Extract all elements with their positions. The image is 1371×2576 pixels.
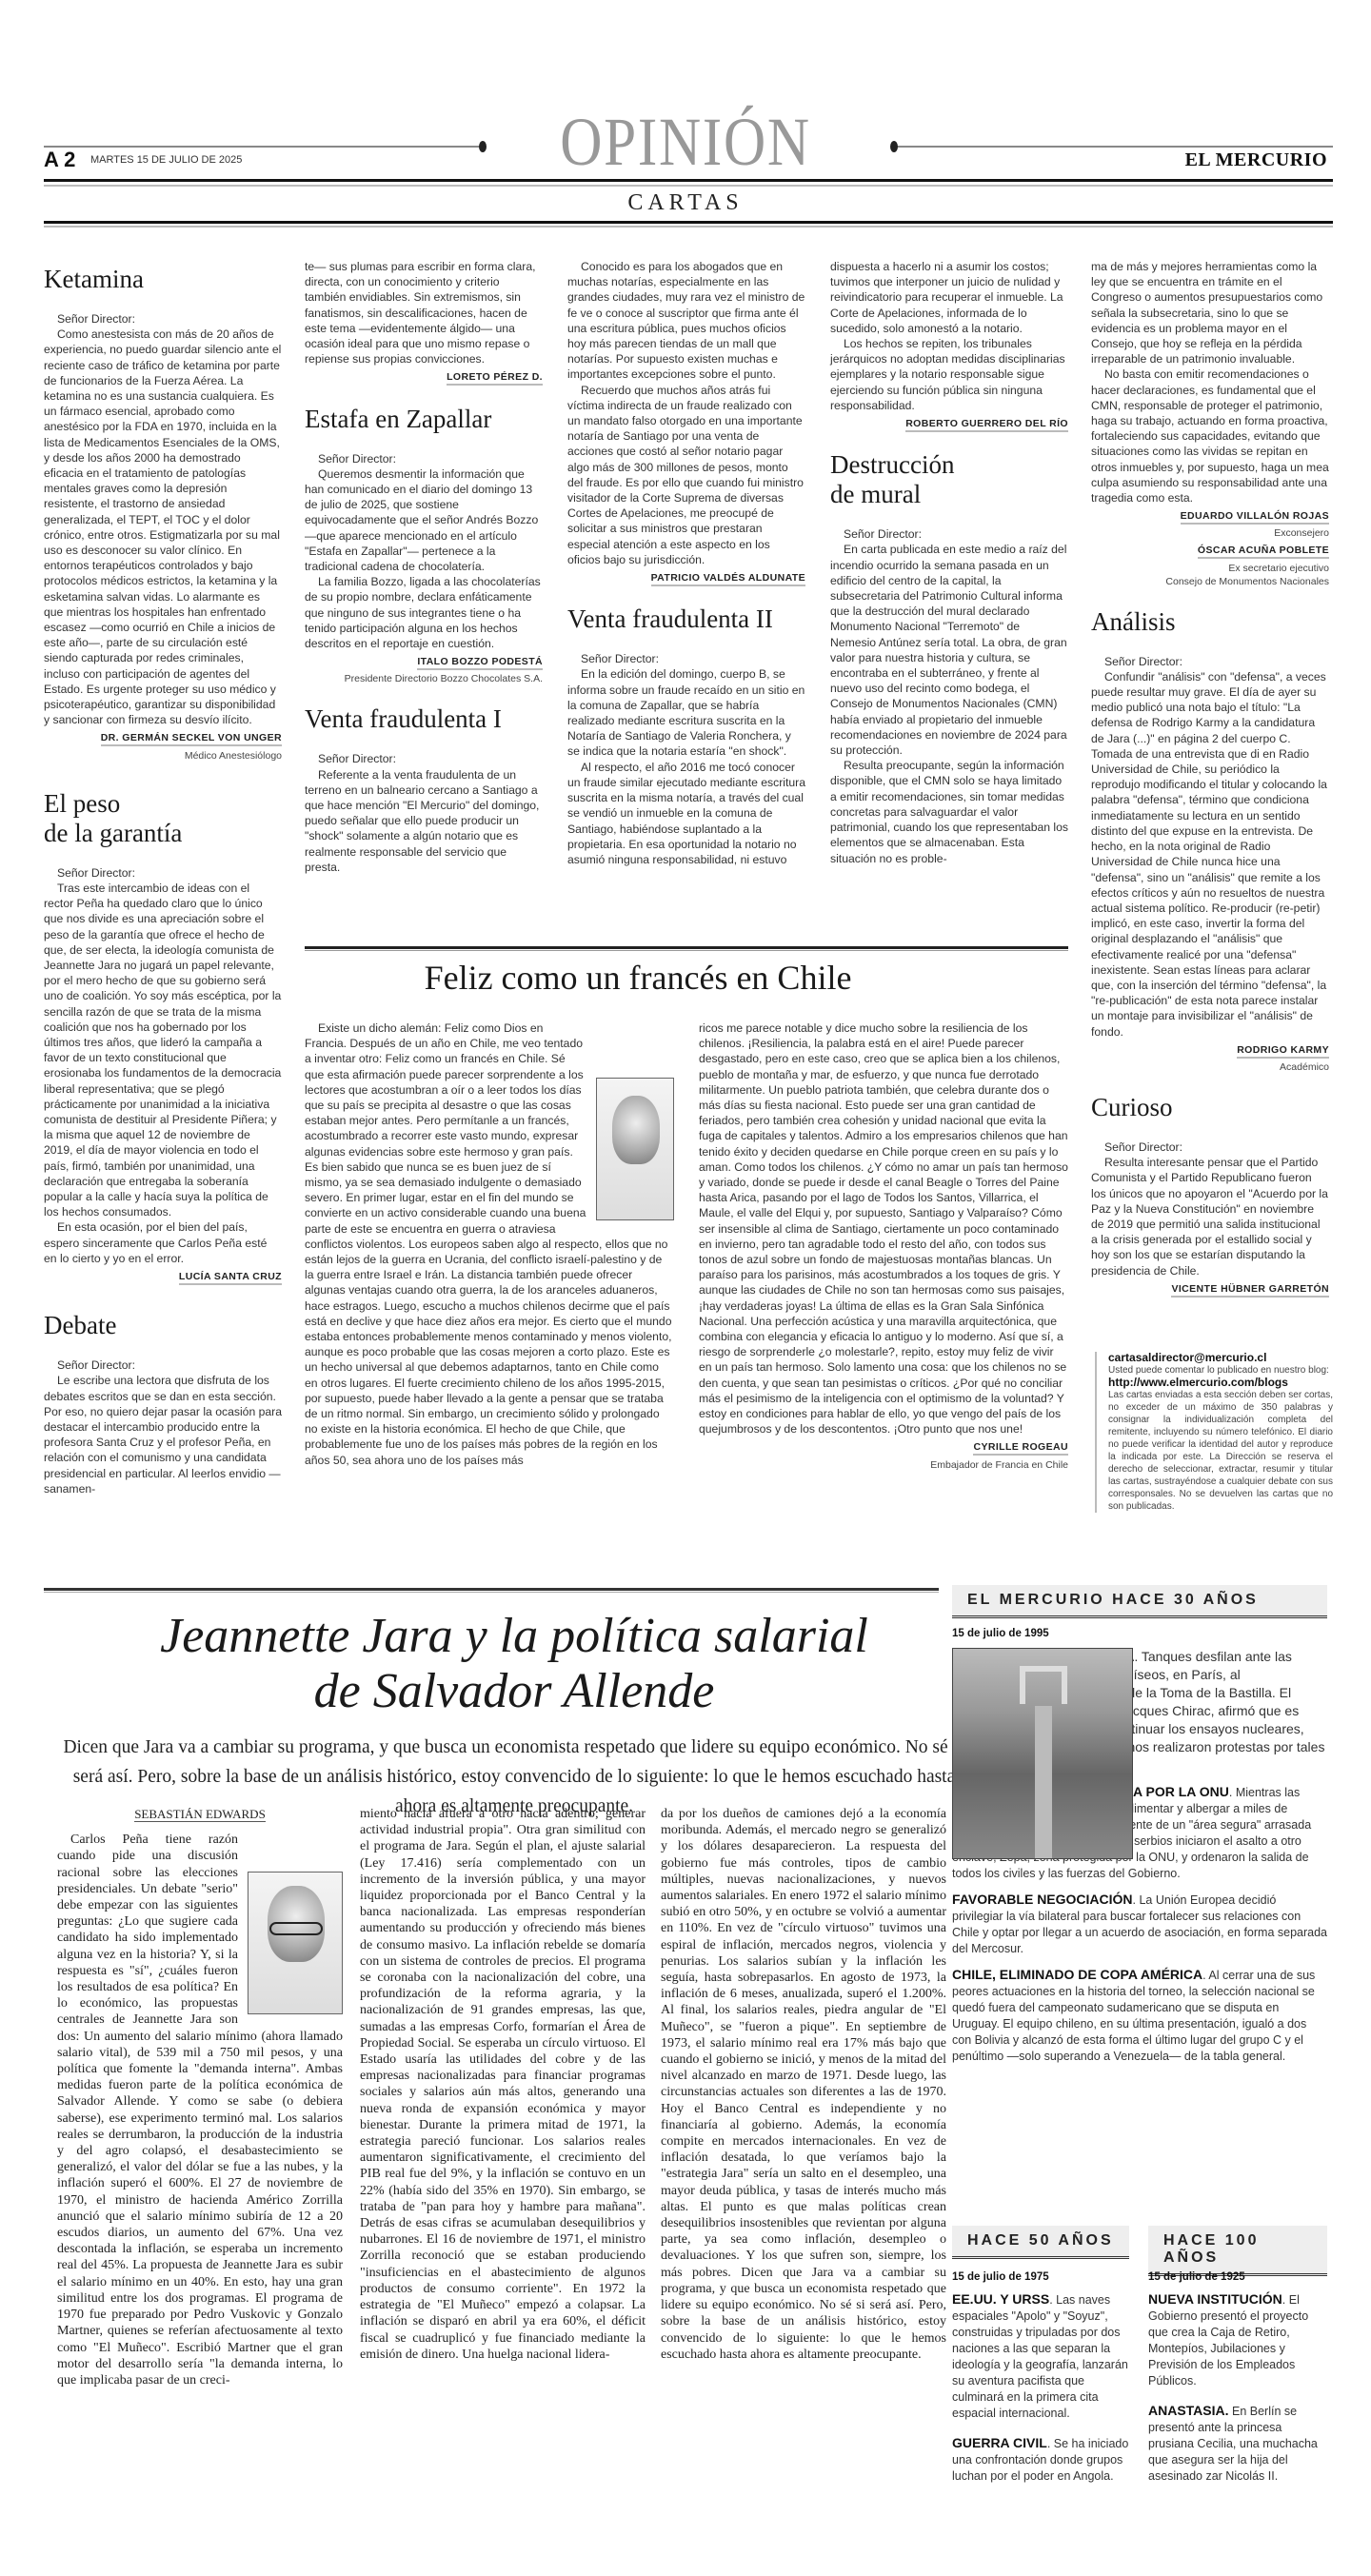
hace100-item: NUEVA INSTITUCIÓN. El Gobierno presentó … bbox=[1148, 2291, 1327, 2389]
author-byline: SEBASTIÁN EDWARDS bbox=[134, 1807, 266, 1822]
letter-body: En esta ocasión, por el bien del país, e… bbox=[44, 1219, 282, 1266]
letter-signature: PATRICIO VALDÉS ALDUNATE bbox=[567, 570, 805, 585]
letter-title: Estafa en Zapallar bbox=[305, 405, 543, 434]
ambassador-portrait bbox=[596, 1078, 674, 1220]
hace50-section: 15 de julio de 1975 EE.UU. Y URSS. Las n… bbox=[952, 2269, 1129, 2485]
letter-salutation: Señor Director: bbox=[567, 651, 805, 666]
feature-title: Feliz como un francés en Chile bbox=[305, 958, 971, 998]
letter-salutation: Señor Director: bbox=[1091, 654, 1329, 669]
letters-column-4: dispuesta a hacerlo ni a asumir los cost… bbox=[830, 259, 1068, 866]
letter-title: Curioso bbox=[1091, 1093, 1329, 1122]
blog-link[interactable]: http://www.elmercurio.com/blogs bbox=[1108, 1377, 1333, 1389]
hace100-date: 15 de julio de 1925 bbox=[1148, 2269, 1327, 2286]
letter-role: Consejo de Monumentos Nacionales bbox=[1091, 575, 1329, 588]
letter-role: Ex secretario ejecutivo bbox=[1091, 562, 1329, 575]
letters-column-5: ma de más y mejores herramientas como la… bbox=[1091, 259, 1329, 1297]
editorial-column-3: da por los dueños de camiones dejó a la … bbox=[661, 1806, 946, 2363]
hace100-section: 15 de julio de 1925 NUEVA INSTITUCIÓN. E… bbox=[1148, 2269, 1327, 2485]
letter-salutation: Señor Director: bbox=[305, 751, 543, 766]
issue-date: MARTES 15 DE JULIO DE 2025 bbox=[90, 154, 242, 166]
feature-signature: CYRILLE ROGEAU bbox=[699, 1439, 1068, 1455]
letters-rules: Las cartas enviadas a esta sección deben… bbox=[1108, 1389, 1333, 1513]
letter-role: Presidente Directorio Bozzo Chocolates S… bbox=[305, 672, 543, 685]
letter-salutation: Señor Director: bbox=[44, 311, 282, 327]
letter-body: Confundir "análisis" con "defensa", a ve… bbox=[1091, 669, 1329, 1040]
cartas-double-rule bbox=[44, 221, 1333, 228]
feature-body: ricos me parece notable y dice mucho sob… bbox=[699, 1020, 1068, 1437]
letter-body: Los hechos se repiten, los tribunales je… bbox=[830, 336, 1068, 413]
letter-body: En carta publicada en este medio a raíz … bbox=[830, 542, 1068, 758]
letter-body: Como anestesista con más de 20 años de e… bbox=[44, 327, 282, 727]
letter-title: Venta fraudulenta II bbox=[567, 604, 805, 634]
letter-body: Recuerdo que muchos años atrás fui vícti… bbox=[567, 383, 805, 567]
letter-body: No basta con emitir recomendaciones o ha… bbox=[1091, 367, 1329, 505]
letter-signature: VICENTE HÜBNER GARRETÓN bbox=[1091, 1281, 1329, 1297]
page-number: A 2 bbox=[44, 148, 75, 172]
letter-salutation: Señor Director: bbox=[44, 865, 282, 881]
letter-body: En la edición del domingo, cuerpo B, se … bbox=[567, 666, 805, 759]
letter-body: Queremos desmentir la información que ha… bbox=[305, 466, 543, 574]
letter-title: Análisis bbox=[1091, 607, 1329, 637]
letter-body: dispuesta a hacerlo ni a asumir los cost… bbox=[830, 259, 1068, 336]
letter-body: Le escribe una lectora que disfruta de l… bbox=[44, 1373, 282, 1496]
hace50-date: 15 de julio de 1975 bbox=[952, 2269, 1129, 2286]
hace30-section: 15 de julio de 1995 DÍA NACIONAL DE FRAN… bbox=[952, 1626, 1327, 2065]
feature-column-1: Existe un dicho alemán: Feliz como Dios … bbox=[305, 1020, 674, 1468]
contact-email[interactable]: cartasaldirector@mercurio.cl bbox=[1108, 1352, 1333, 1364]
letter-body: ma de más y mejores herramientas como la… bbox=[1091, 259, 1329, 367]
hace50-item: EE.UU. Y URSS. Las naves espaciales "Apo… bbox=[952, 2291, 1129, 2422]
letter-salutation: Señor Director: bbox=[305, 451, 543, 466]
glasses-icon bbox=[269, 1922, 323, 1935]
letter-signature: ROBERTO GUERRERO DEL RÍO bbox=[830, 416, 1068, 431]
author-portrait bbox=[248, 1872, 343, 2014]
letter-body: Resulta preocupante, según la informació… bbox=[830, 758, 1068, 865]
letter-role: Académico bbox=[1091, 1060, 1329, 1074]
editorial-column-1: SEBASTIÁN EDWARDS Carlos Peña tiene razó… bbox=[57, 1806, 343, 2388]
letter-signature: EDUARDO VILLALÓN ROJAS bbox=[1091, 508, 1329, 524]
hace30-heading: EL MERCURIO HACE 30 AÑOS bbox=[952, 1585, 1327, 1618]
letter-body: te— sus plumas para escribir en forma cl… bbox=[305, 259, 543, 367]
editorial-title: Jeannette Jara y la política salarialde … bbox=[57, 1609, 971, 1719]
subsection-title: CARTAS bbox=[0, 190, 1371, 216]
letter-title: El pesode la garantía bbox=[44, 789, 282, 848]
hace30-item: CHILE, ELIMINADO DE COPA AMÉRICA. Al cer… bbox=[952, 1967, 1327, 2065]
letter-body: Referente a la venta fraudulenta de un t… bbox=[305, 767, 543, 875]
editorial-body: da por los dueños de camiones dejó a la … bbox=[661, 1806, 946, 2363]
hace100-item: ANASTASIA. En Berlín se presentó ante la… bbox=[1148, 2403, 1327, 2485]
hace50-heading: HACE 50 AÑOS bbox=[952, 2226, 1129, 2259]
editorial-rule bbox=[44, 1588, 939, 1593]
letter-body: La familia Bozzo, ligada a las chocolate… bbox=[305, 574, 543, 651]
hace30-date: 15 de julio de 1995 bbox=[952, 1626, 1327, 1642]
letter-role: Exconsejero bbox=[1091, 526, 1329, 540]
letter-salutation: Señor Director: bbox=[44, 1357, 282, 1373]
letters-column-2: te— sus plumas para escribir en forma cl… bbox=[305, 259, 543, 875]
letter-body: Conocido es para los abogados que en muc… bbox=[567, 259, 805, 383]
feature-rule bbox=[305, 946, 1068, 951]
letter-signature: ITALO BOZZO PODESTÁ bbox=[305, 654, 543, 669]
letter-title: Debate bbox=[44, 1311, 282, 1340]
arc-de-triomphe-icon bbox=[1020, 1666, 1067, 1704]
editorial-body: miento hacia afuera a otro hacia adentro… bbox=[360, 1806, 646, 2363]
newspaper-brand: EL MERCURIO bbox=[1185, 149, 1327, 171]
letter-body: Tras este intercambio de ideas con el re… bbox=[44, 881, 282, 1219]
letter-signature: LUCÍA SANTA CRUZ bbox=[44, 1269, 282, 1284]
letter-salutation: Señor Director: bbox=[1091, 1139, 1329, 1155]
feature-column-2: ricos me parece notable y dice mucho sob… bbox=[699, 1020, 1068, 1472]
feature-role: Embajador de Francia en Chile bbox=[699, 1458, 1068, 1472]
contact-box: cartasaldirector@mercurio.cl Usted puede… bbox=[1095, 1352, 1333, 1513]
letter-body: Resulta interesante pensar que el Partid… bbox=[1091, 1155, 1329, 1278]
section-title: OPINIÓN bbox=[103, 103, 1268, 182]
letter-signature: DR. GERMÁN SECKEL VON UNGER bbox=[44, 730, 282, 745]
letters-column-3: Conocido es para los abogados que en muc… bbox=[567, 259, 805, 867]
letter-title: Ketamina bbox=[44, 265, 282, 294]
letter-title: Destrucciónde mural bbox=[830, 450, 1068, 509]
editorial-column-2: miento hacia afuera a otro hacia adentro… bbox=[360, 1806, 646, 2363]
hace50-item: GUERRA CIVIL. Se ha iniciado una confron… bbox=[952, 2435, 1129, 2485]
letter-signature: LORETO PÉREZ D. bbox=[305, 369, 543, 385]
letter-signature: ÓSCAR ACUÑA POBLETE bbox=[1091, 543, 1329, 558]
hace30-item: FAVORABLE NEGOCIACIÓN. La Unión Europea … bbox=[952, 1892, 1327, 1957]
tank-parade-photo bbox=[952, 1648, 1133, 1859]
letter-salutation: Señor Director: bbox=[830, 526, 1068, 542]
letters-column-1: Ketamina Señor Director: Como anestesist… bbox=[44, 259, 282, 1496]
header-double-rule bbox=[44, 179, 1333, 187]
letter-title: Venta fraudulenta I bbox=[305, 704, 543, 734]
letter-body: Al respecto, el año 2016 me tocó conocer… bbox=[567, 760, 805, 867]
letter-role: Médico Anestesiólogo bbox=[44, 749, 282, 763]
letter-signature: RODRIGO KARMY bbox=[1091, 1042, 1329, 1058]
